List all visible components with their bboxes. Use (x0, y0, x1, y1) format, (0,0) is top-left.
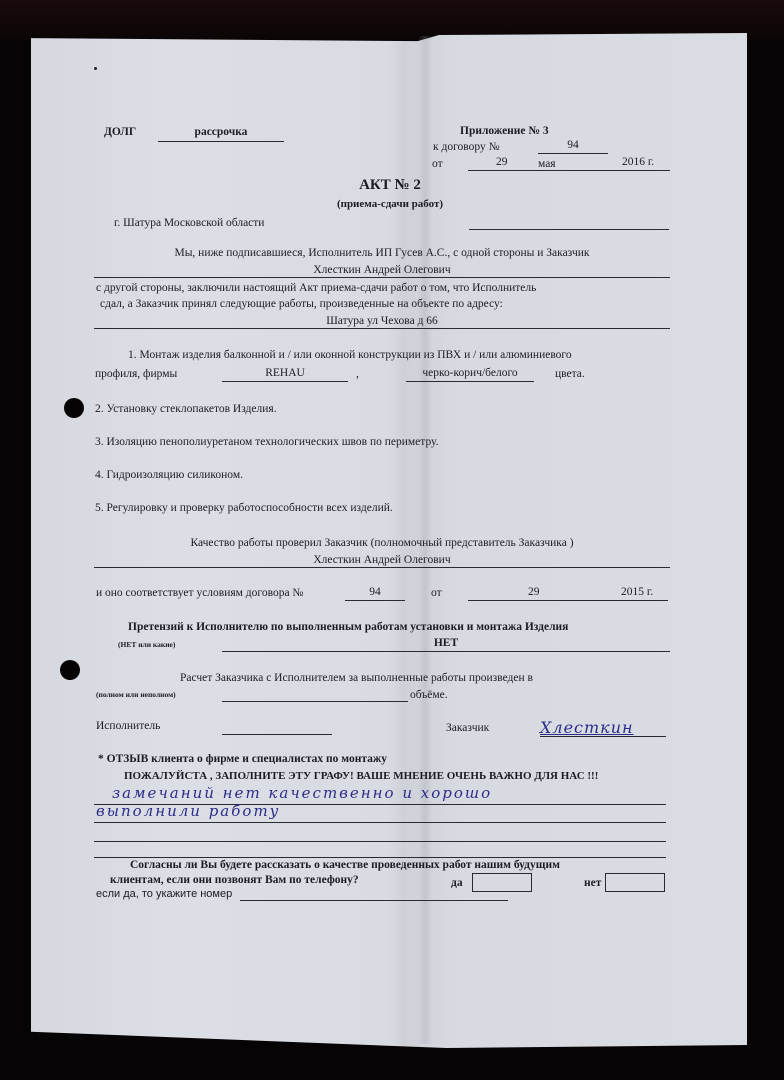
payment-underline (222, 701, 408, 702)
conforms-day: 29 (528, 585, 540, 599)
claims-hint: (НЕТ или какие) (118, 638, 175, 652)
feedback-prompt: ПОЖАЛУЙСТА , ЗАПОЛНИТЕ ЭТУ ГРАФУ! ВАШЕ М… (124, 769, 598, 783)
claims-title: Претензий к Исполнителю по выполненным р… (128, 620, 568, 634)
profile-label: профиля, фирмы (95, 367, 177, 381)
intro-line-3: сдал, а Заказчик принял следующие работы… (100, 297, 503, 311)
work-item-5: 5. Регулировку и проверку работоспособно… (95, 501, 393, 515)
payment-suffix: объёме. (410, 688, 448, 702)
referral-question-2: клиентам, если они позвонят Вам по телеф… (110, 873, 359, 887)
customer-label: Заказчик (446, 721, 489, 735)
contract-number: 94 (538, 138, 608, 152)
referral-question-1: Согласны ли Вы будете рассказать о качес… (130, 858, 560, 872)
payment-hint: (полном или неполном) (96, 688, 176, 702)
quality-checked-line: Качество работы проверил Заказчик (полно… (94, 536, 670, 550)
inspector-name: Хлесткин Андрей Олегович (94, 553, 670, 567)
profile-brand: REHAU (222, 366, 348, 380)
feedback-line-2 (94, 822, 666, 823)
conforms-contract-number: 94 (345, 585, 405, 599)
act-subtitle: (приема-сдачи работ) (290, 197, 490, 211)
punch-hole-bottom (60, 660, 80, 680)
city: г. Шатура Московской области (114, 216, 264, 230)
profile-color-underline (406, 381, 534, 382)
customer-name: Хлесткин Андрей Олегович (94, 263, 670, 277)
conforms-date-underline (468, 600, 668, 601)
conforms-year: 2015 г. (621, 585, 653, 599)
debt-label: ДОЛГ (104, 125, 136, 139)
city-date-underline (469, 229, 669, 230)
work-item-2: 2. Установку стеклопакетов Изделия. (95, 402, 277, 416)
no-label: нет (584, 876, 601, 890)
work-item-4: 4. Гидроизоляцию силиконом. (95, 468, 243, 482)
date-from-label: от (432, 157, 443, 171)
conforms-from-label: от (431, 586, 442, 600)
contractor-label: Исполнитель (96, 719, 160, 733)
feedback-line-3 (94, 841, 666, 842)
conforms-contract-underline (345, 600, 405, 601)
date-year: 2016 г. (622, 155, 654, 169)
paper-speck (94, 67, 97, 70)
contract-label: к договору № (433, 140, 500, 154)
phone-label: если да, то укажите номер (96, 887, 232, 901)
customer-signature-line (540, 736, 666, 737)
object-address: Шатура ул Чехова д 66 (94, 314, 670, 328)
payment-line: Расчет Заказчика с Исполнителем за выпол… (180, 671, 533, 685)
debt-value: рассрочка (158, 125, 284, 139)
claims-underline (222, 651, 670, 652)
customer-signature: Хлесткин (540, 718, 634, 737)
profile-brand-underline (222, 381, 348, 382)
yes-label: да (451, 876, 463, 890)
date-underline (468, 170, 670, 171)
contract-number-underline (538, 153, 608, 154)
no-checkbox[interactable] (605, 873, 665, 892)
customer-name-underline (94, 277, 670, 278)
date-month: мая (538, 157, 556, 171)
work-item-3: 3. Изоляцию пенополиуретаном технологиче… (95, 435, 439, 449)
act-title: АКТ № 2 (290, 176, 490, 194)
work-item-1: 1. Монтаж изделия балконной и / или окон… (128, 348, 572, 362)
feedback-title: * ОТЗЫВ клиента о фирме и специалистах п… (98, 752, 387, 766)
feedback-handwritten-line-2: выполнили работу (96, 802, 280, 820)
address-underline (94, 328, 670, 329)
contractor-signature-line (222, 734, 332, 735)
appendix-title: Приложение № 3 (460, 124, 549, 138)
date-day: 29 (496, 155, 508, 169)
yes-checkbox[interactable] (472, 873, 532, 892)
color-suffix: цвета. (555, 367, 585, 381)
phone-underline (240, 900, 508, 901)
punch-hole-top (64, 398, 84, 418)
profile-color: черко-корич/белого (406, 366, 534, 380)
comma: , (356, 367, 359, 381)
conforms-label: и оно соответствует условиям договора № (96, 586, 303, 600)
feedback-handwritten-line-1: замечаний нет качественно и хорошо (112, 784, 492, 802)
claims-value: НЕТ (222, 636, 670, 650)
intro-line-2: с другой стороны, заключили настоящий Ак… (96, 281, 536, 295)
debt-underline (158, 141, 284, 142)
intro-line-1: Мы, ниже подписавшиеся, Исполнитель ИП Г… (94, 246, 670, 260)
inspector-underline (94, 567, 670, 568)
